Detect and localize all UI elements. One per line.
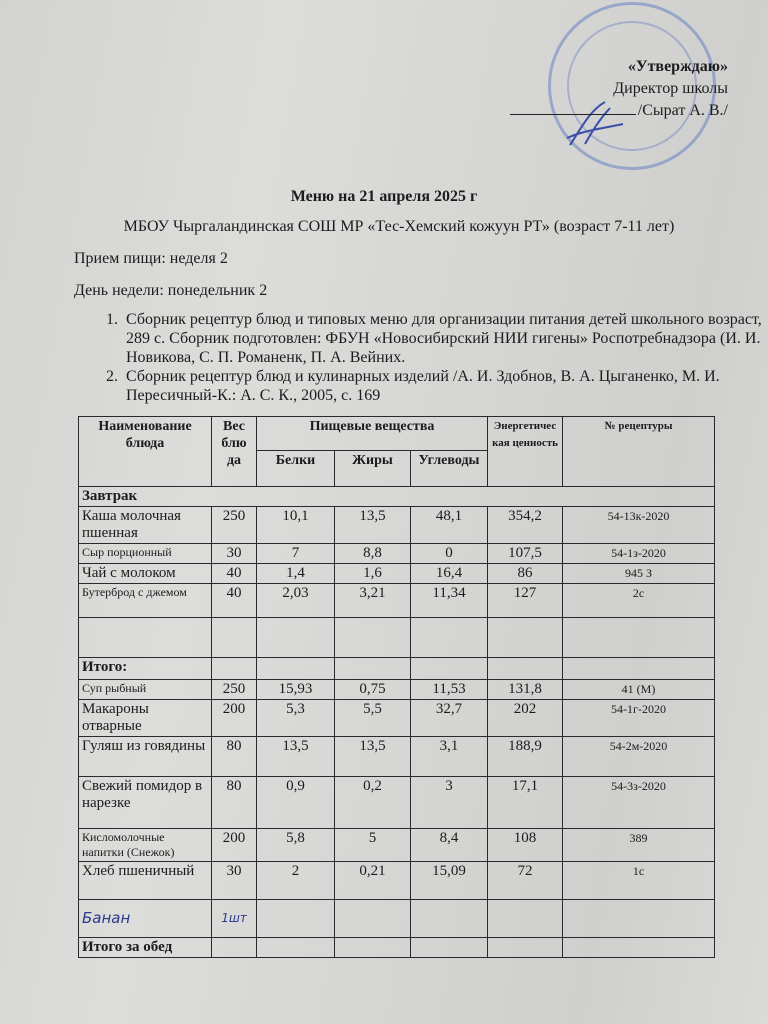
meal-week: Прием пищи: неделя 2 bbox=[74, 250, 228, 268]
empty-cell bbox=[563, 658, 715, 680]
cell-proteins: 0,9 bbox=[257, 777, 335, 829]
empty-cell bbox=[335, 900, 411, 938]
cell-proteins: 2,03 bbox=[257, 584, 335, 618]
empty-cell bbox=[257, 938, 335, 958]
empty-cell bbox=[335, 658, 411, 680]
cell-fats: 5,5 bbox=[335, 700, 411, 737]
cell-proteins: 7 bbox=[257, 544, 335, 564]
breakfast-total-row: Итого: bbox=[79, 658, 715, 680]
cell-carbs: 16,4 bbox=[411, 564, 488, 584]
dish-name: Бутерброд с джемом bbox=[79, 584, 212, 618]
cell-recipe: 1с bbox=[563, 862, 715, 900]
cell-proteins: 15,93 bbox=[257, 680, 335, 700]
dish-name: Кисломолочные напитки (Снежок) bbox=[79, 829, 212, 862]
cell-proteins: 13,5 bbox=[257, 737, 335, 777]
cell-carbs: 11,53 bbox=[411, 680, 488, 700]
cell-weight: 250 bbox=[212, 680, 257, 700]
cell-fats: 13,5 bbox=[335, 737, 411, 777]
cell-recipe: 389 bbox=[563, 829, 715, 862]
dish-name: Гуляш из говядины bbox=[79, 737, 212, 777]
empty-cell bbox=[488, 658, 563, 680]
cell-carbs: 0 bbox=[411, 544, 488, 564]
signature-line bbox=[510, 100, 636, 115]
cell-weight: 80 bbox=[212, 777, 257, 829]
cell-fats: 0,2 bbox=[335, 777, 411, 829]
table-row-handwritten: Банан1шт bbox=[79, 900, 715, 938]
header-name: Наименование блюда bbox=[79, 417, 212, 487]
cell-recipe: 54-3з-2020 bbox=[563, 777, 715, 829]
cell-energy: 188,9 bbox=[488, 737, 563, 777]
table-row: Каша молочная пшенная25010,113,548,1354,… bbox=[79, 507, 715, 544]
cell-weight: 1шт bbox=[212, 900, 257, 938]
cell-weight: 250 bbox=[212, 507, 257, 544]
cell-weight: 80 bbox=[212, 737, 257, 777]
table-row: Свежий помидор в нарезке800,90,2317,154-… bbox=[79, 777, 715, 829]
table-row: Чай с молоком401,41,616,486945 З bbox=[79, 564, 715, 584]
header-fats: Жиры bbox=[335, 451, 411, 487]
dish-name: Суп рыбный bbox=[79, 680, 212, 700]
empty-cell bbox=[411, 900, 488, 938]
cell-recipe: 2с bbox=[563, 584, 715, 618]
empty-cell bbox=[488, 900, 563, 938]
header-nutrients: Пищевые вещества bbox=[257, 417, 488, 451]
empty-cell bbox=[212, 618, 257, 658]
approval-block: «Утверждаю» Директор школы /Сырат А. В./ bbox=[500, 56, 728, 122]
cell-proteins: 2 bbox=[257, 862, 335, 900]
cell-carbs: 3 bbox=[411, 777, 488, 829]
lunch-total: Итого за обед bbox=[79, 938, 212, 958]
cell-recipe: 41 (М) bbox=[563, 680, 715, 700]
section-breakfast: Завтрак bbox=[79, 487, 715, 507]
table-row: Кисломолочные напитки (Снежок)2005,858,4… bbox=[79, 829, 715, 862]
empty-cell bbox=[257, 900, 335, 938]
empty-cell bbox=[335, 618, 411, 658]
empty-cell bbox=[212, 658, 257, 680]
empty-cell bbox=[563, 900, 715, 938]
table-row: Бутерброд с джемом402,033,2111,341272с bbox=[79, 584, 715, 618]
cell-energy: 17,1 bbox=[488, 777, 563, 829]
dish-name: Чай с молоком bbox=[79, 564, 212, 584]
cell-weight: 200 bbox=[212, 829, 257, 862]
cell-proteins: 10,1 bbox=[257, 507, 335, 544]
cell-weight: 40 bbox=[212, 564, 257, 584]
school-name: МБОУ Чыргаландинская СОШ МР «Тес-Хемский… bbox=[0, 218, 768, 236]
empty-cell bbox=[488, 938, 563, 958]
cell-recipe: 54-2м-2020 bbox=[563, 737, 715, 777]
menu-table: Наименование блюда Вес блю да Пищевые ве… bbox=[78, 416, 715, 958]
cell-recipe: 54-1з-2020 bbox=[563, 544, 715, 564]
dish-name: Сыр порционный bbox=[79, 544, 212, 564]
cell-carbs: 8,4 bbox=[411, 829, 488, 862]
cell-fats: 5 bbox=[335, 829, 411, 862]
cell-carbs: 3,1 bbox=[411, 737, 488, 777]
references-list: Сборник рецептур блюд и типовых меню для… bbox=[96, 310, 762, 405]
cell-weight: 200 bbox=[212, 700, 257, 737]
cell-proteins: 5,8 bbox=[257, 829, 335, 862]
empty-cell bbox=[335, 938, 411, 958]
cell-recipe: 54-13к-2020 bbox=[563, 507, 715, 544]
cell-weight: 30 bbox=[212, 544, 257, 564]
table-row: Сыр порционный3078,80107,554-1з-2020 bbox=[79, 544, 715, 564]
lunch-total-row: Итого за обед bbox=[79, 938, 715, 958]
table-row: Хлеб пшеничный3020,2115,09721с bbox=[79, 862, 715, 900]
empty-cell bbox=[488, 618, 563, 658]
cell-recipe: 945 З bbox=[563, 564, 715, 584]
cell-energy: 202 bbox=[488, 700, 563, 737]
reference-item: Сборник рецептур блюд и типовых меню для… bbox=[122, 310, 762, 367]
empty-cell bbox=[212, 938, 257, 958]
cell-carbs: 32,7 bbox=[411, 700, 488, 737]
header-carbs: Углеводы bbox=[411, 451, 488, 487]
cell-fats: 0,75 bbox=[335, 680, 411, 700]
dish-name: Банан bbox=[79, 900, 212, 938]
empty-cell bbox=[563, 618, 715, 658]
cell-proteins: 1,4 bbox=[257, 564, 335, 584]
cell-energy: 127 bbox=[488, 584, 563, 618]
table-row: Макароны отварные2005,35,532,720254-1г-2… bbox=[79, 700, 715, 737]
empty-cell bbox=[257, 618, 335, 658]
cell-energy: 72 bbox=[488, 862, 563, 900]
cell-energy: 107,5 bbox=[488, 544, 563, 564]
header-weight: Вес блю да bbox=[212, 417, 257, 487]
cell-energy: 108 bbox=[488, 829, 563, 862]
dish-name: Хлеб пшеничный bbox=[79, 862, 212, 900]
cell-energy: 131,8 bbox=[488, 680, 563, 700]
page-title: Меню на 21 апреля 2025 г bbox=[0, 188, 768, 206]
empty-cell bbox=[411, 938, 488, 958]
header-proteins: Белки bbox=[257, 451, 335, 487]
empty-cell bbox=[411, 658, 488, 680]
weekday: День недели: понедельник 2 bbox=[74, 282, 267, 300]
empty-cell bbox=[563, 938, 715, 958]
dish-name: Свежий помидор в нарезке bbox=[79, 777, 212, 829]
table-row: Суп рыбный25015,930,7511,53131,841 (М) bbox=[79, 680, 715, 700]
header-recipe: № рецептуры bbox=[563, 417, 715, 487]
approval-label: «Утверждаю» bbox=[500, 56, 728, 78]
breakfast-total: Итого: bbox=[79, 658, 212, 680]
cell-weight: 30 bbox=[212, 862, 257, 900]
approval-signer: /Сырат А. В./ bbox=[638, 102, 728, 119]
cell-weight: 40 bbox=[212, 584, 257, 618]
empty-cell bbox=[411, 618, 488, 658]
cell-energy: 354,2 bbox=[488, 507, 563, 544]
cell-carbs: 48,1 bbox=[411, 507, 488, 544]
cell-fats: 3,21 bbox=[335, 584, 411, 618]
cell-fats: 0,21 bbox=[335, 862, 411, 900]
cell-carbs: 11,34 bbox=[411, 584, 488, 618]
dish-name: Каша молочная пшенная bbox=[79, 507, 212, 544]
table-row: Гуляш из говядины8013,513,53,1188,954-2м… bbox=[79, 737, 715, 777]
reference-item: Сборник рецептур блюд и кулинарных издел… bbox=[122, 367, 762, 405]
cell-fats: 8,8 bbox=[335, 544, 411, 564]
cell-carbs: 15,09 bbox=[411, 862, 488, 900]
dish-name: Макароны отварные bbox=[79, 700, 212, 737]
cell-fats: 13,5 bbox=[335, 507, 411, 544]
cell-fats: 1,6 bbox=[335, 564, 411, 584]
cell-recipe: 54-1г-2020 bbox=[563, 700, 715, 737]
header-energy: Энергетичес кая ценность bbox=[488, 417, 563, 487]
approval-position: Директор школы bbox=[500, 78, 728, 100]
empty-cell bbox=[257, 658, 335, 680]
empty-row bbox=[79, 618, 715, 658]
cell-proteins: 5,3 bbox=[257, 700, 335, 737]
empty-cell bbox=[79, 618, 212, 658]
cell-energy: 86 bbox=[488, 564, 563, 584]
